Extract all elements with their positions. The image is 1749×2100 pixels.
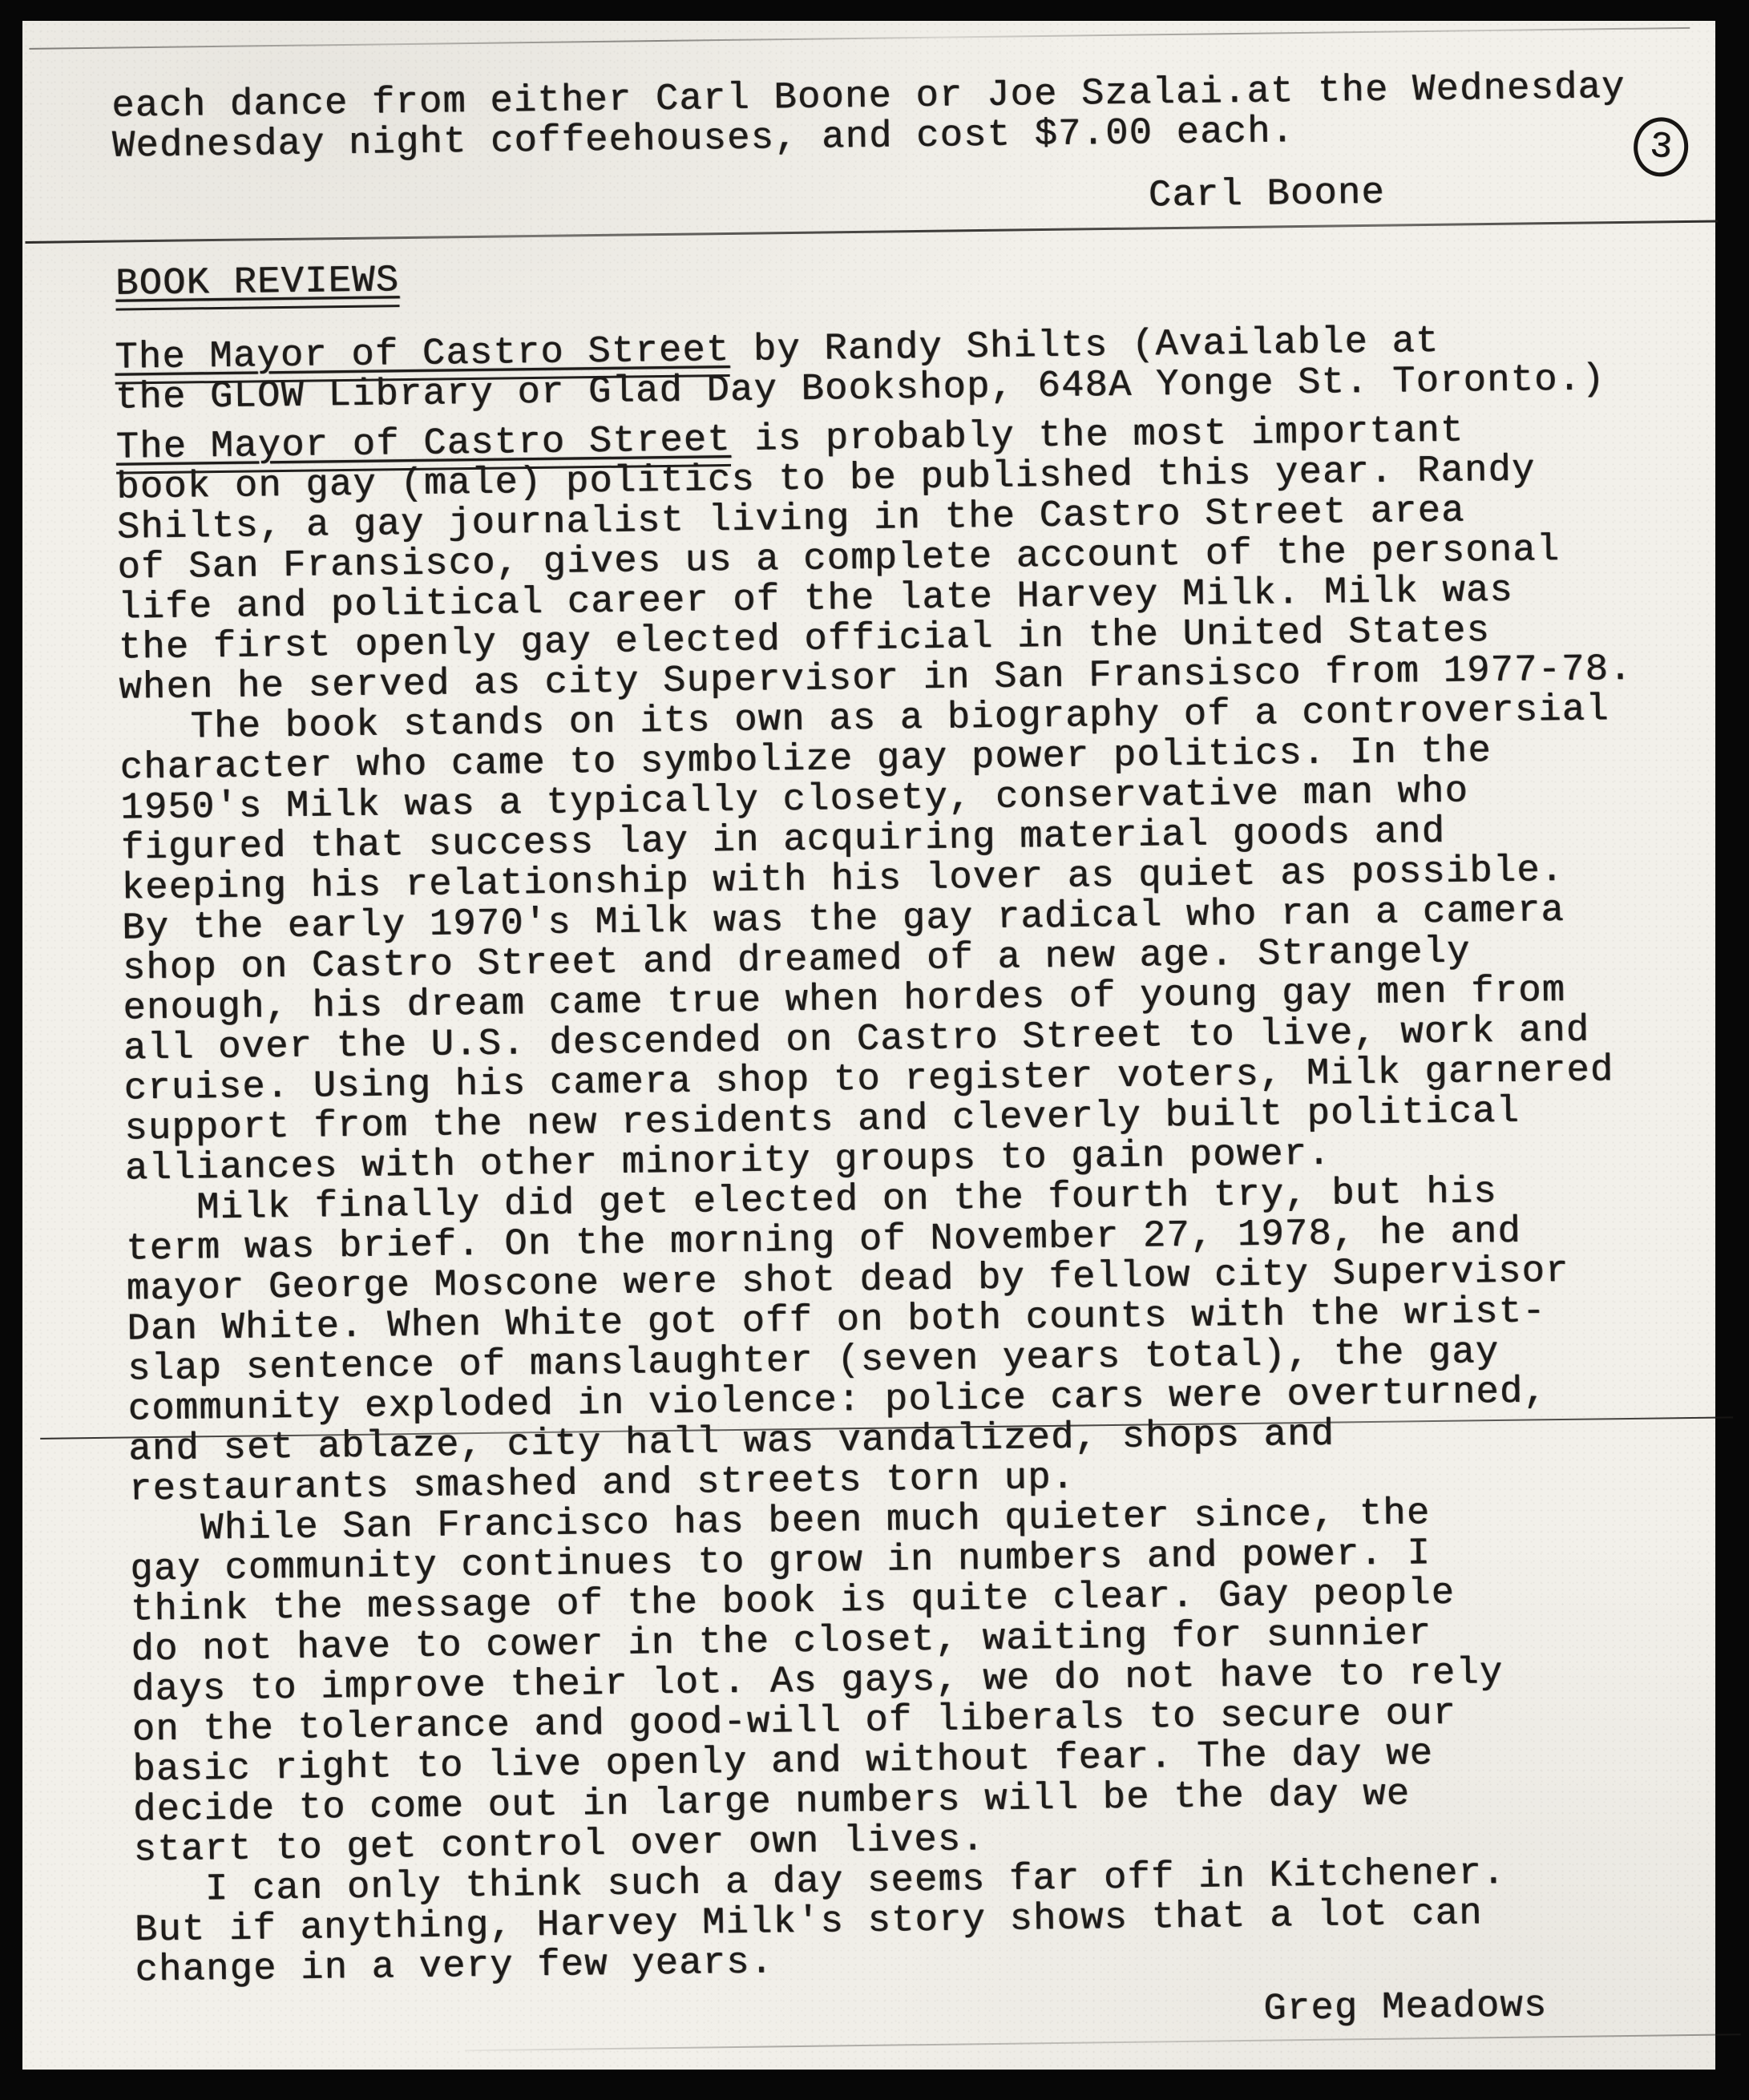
page-number: 3	[1648, 125, 1674, 168]
scan-artifact-line-bottom	[465, 2033, 1741, 2051]
review-body: The book stands on its own as a biograph…	[119, 689, 1614, 1992]
top-note-text: each dance from either Carl Boone or Joe…	[111, 68, 1626, 168]
paper: each dance from either Carl Boone or Joe…	[22, 21, 1715, 2070]
top-note-signature: Carl Boone	[1149, 174, 1386, 217]
review-text: The Mayor of Castro Street is probably t…	[115, 410, 1649, 1992]
review-signature: Greg Meadows	[1263, 1986, 1548, 2029]
section-heading: BOOK REVIEWS	[115, 261, 400, 305]
book-listing: The Mayor of Castro Street by Randy Shil…	[115, 320, 1606, 418]
section-divider-rule	[25, 220, 1718, 244]
page-number-badge: 3	[1631, 115, 1691, 179]
scan-artifact-line-top	[29, 27, 1690, 50]
scanned-newsletter-page: each dance from either Carl Boone or Joe…	[0, 0, 1749, 2100]
section-heading-text: BOOK REVIEWS	[115, 260, 400, 310]
printed-content: each dance from either Carl Boone or Joe…	[22, 0, 1741, 2070]
